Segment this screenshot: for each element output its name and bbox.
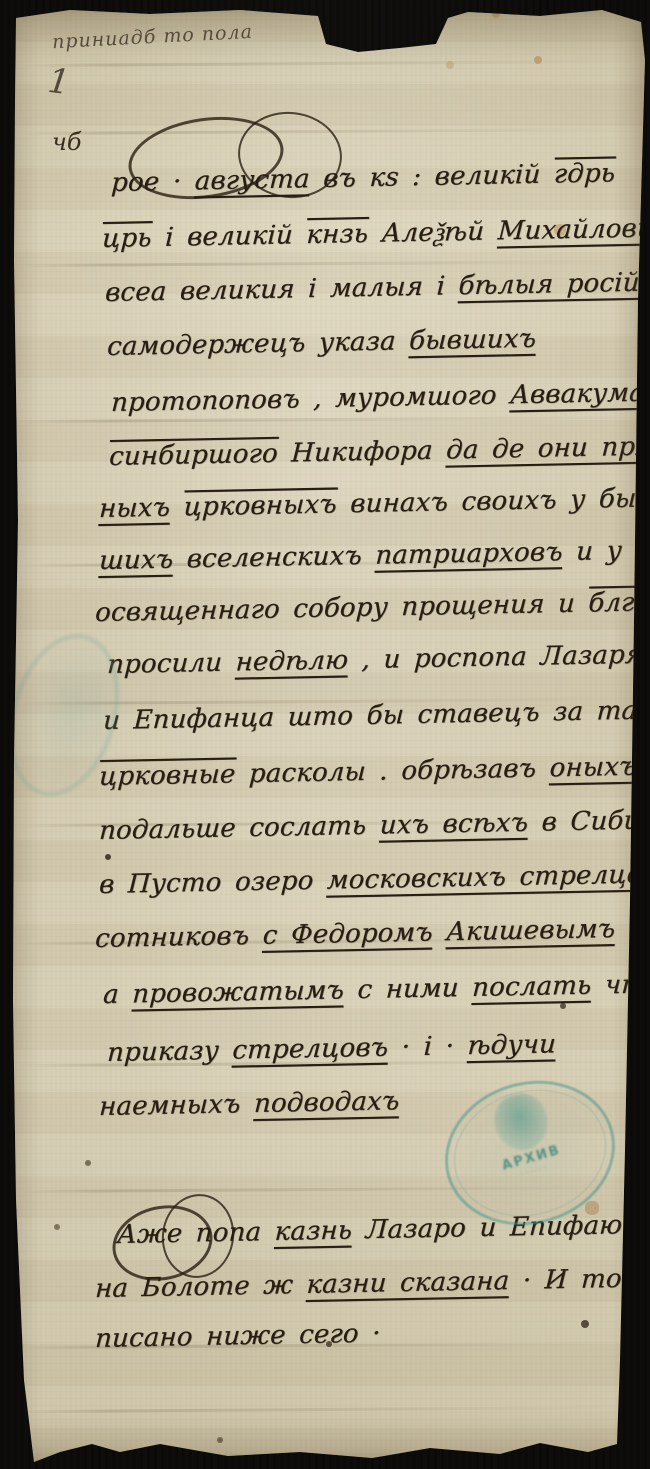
manuscript-line: всеа великия i малыя i бѣлыя росiй [104, 266, 640, 310]
manuscript-line: подальше сослать ихъ всѣхъ в Сибирь [98, 803, 650, 848]
double-headed-eagle-emblem [488, 1088, 553, 1156]
folio-number: 1 [46, 61, 72, 103]
manuscript-line: рое · августа въ кѕ : великiй гдрь [110, 156, 616, 200]
manuscript-line: сотниковъ с Федоромъ Акишевымъ [94, 912, 616, 956]
manuscript-line: Аже попа казнь Лазаро и Епифаю [116, 1208, 623, 1252]
manuscript-line: на Болоте ж казни сказана · И то [94, 1262, 622, 1306]
stamp-text: АРХИВ [500, 1143, 562, 1174]
fold-crease [18, 1406, 633, 1413]
stamp-text-faded: ····· [520, 1162, 551, 1180]
fold-crease [18, 128, 633, 135]
manuscript-line: приказу стрелцовъ · i · ѣдучи [106, 1027, 557, 1070]
fold-crease [18, 1186, 633, 1193]
paper-stains [0, 0, 4, 4]
margin-mark: чб [52, 128, 82, 156]
manuscript-page: приниадб то пола 1 чб рое · августа въ к… [0, 0, 650, 1469]
manuscript-line: протопоповъ , муромшого Аввакума [110, 376, 645, 420]
manuscript-line: синбиршого Никифора да де они прямо [108, 429, 650, 474]
manuscript-line: самодержецъ указа бывшихъ [106, 322, 537, 364]
manuscript-line: просили недѣлю , и роспопа Лазаря [106, 638, 643, 682]
manuscript-line: ныхъ црковныхъ винахъ своихъ у быв [98, 481, 650, 526]
fold-crease [18, 60, 633, 67]
archival-note: приниадб то пола [52, 21, 254, 53]
manuscript-line: црковные расколы . обрѣзавъ оныхъ [98, 750, 637, 794]
fold-crease [18, 260, 633, 267]
manuscript-line: црь i великiй кнзь Алеѯѣй Михайловичь [101, 211, 650, 256]
manuscript-scan: приниадб то пола 1 чб рое · августа въ к… [0, 0, 650, 1469]
manuscript-line: писано ниже сего · [94, 1317, 381, 1357]
manuscript-line: и Епифанца што бы ставецъ за такие [102, 693, 650, 738]
manuscript-line: освященнаго собору прощения и блгословен… [94, 583, 650, 630]
manuscript-line: в Пусто озеро московскихъ стрелцовъ [98, 857, 650, 902]
manuscript-line: шихъ вселенскихъ патриарховъ и у всего [98, 532, 650, 578]
manuscript-line: а провожатымъ с ними послать чтобъ [102, 967, 650, 1012]
manuscript-line: наемныхъ подводахъ [98, 1084, 400, 1124]
